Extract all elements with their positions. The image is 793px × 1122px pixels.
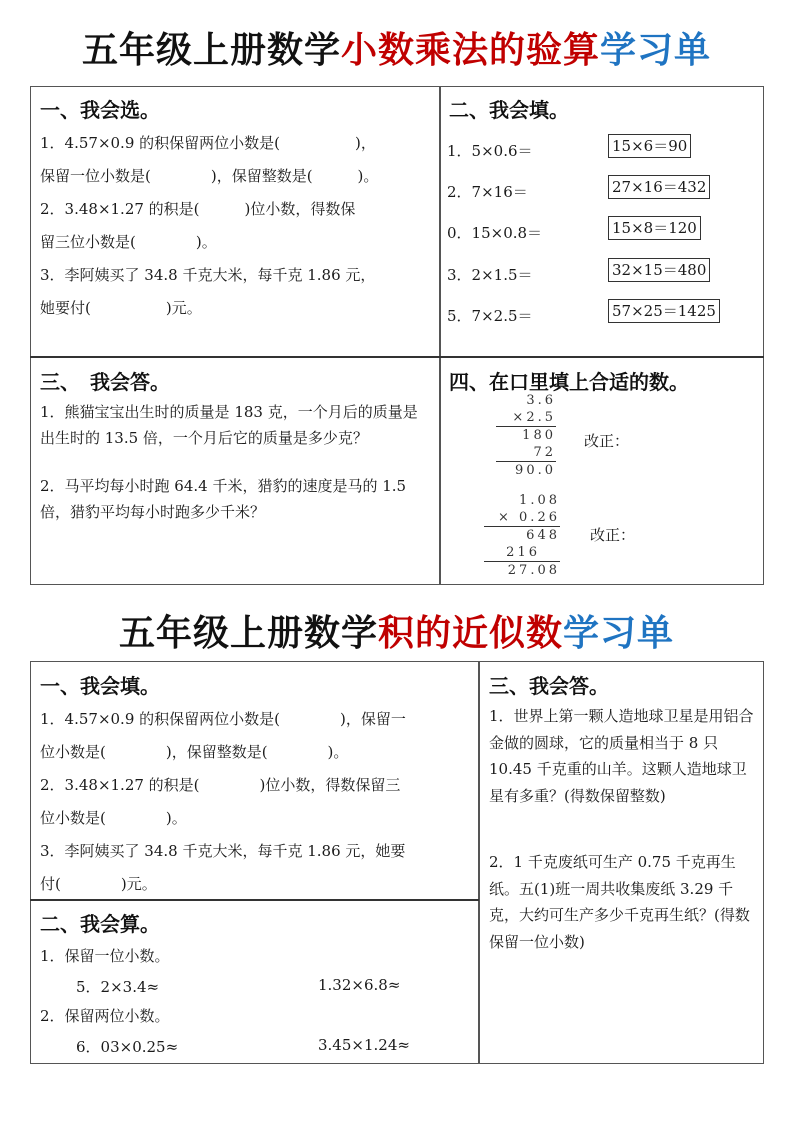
reference-equation: 15×6＝90 bbox=[608, 134, 691, 158]
question-line: 2．3.48×1.27 的积是( )位小数，得数保 bbox=[40, 193, 430, 226]
section-heading: 二、我会算。 bbox=[40, 908, 469, 937]
question-line: 位小数是( )，保留整数是( )。 bbox=[40, 736, 469, 769]
question-line: 3．李阿姨买了 34.8 千克大米，每千克 1.86 元，她要 bbox=[40, 835, 469, 868]
approx-problem: 5．2×3.4≈ bbox=[76, 976, 159, 997]
vertical-calculation: 3.6 ×2.5 180 72 90.0 bbox=[496, 392, 556, 479]
vertical-calculation: 1.08 × 0.26 648 216 27.08 bbox=[484, 492, 560, 579]
approx-problem: 6．03×0.25≈ bbox=[76, 1036, 178, 1057]
word-problem: 1．世界上第一颗人造地球卫星是用铝合金做的圆球，它的质量相当于 8 只 10.4… bbox=[489, 703, 754, 809]
sub-instruction: 2．保留两位小数。 bbox=[40, 1001, 469, 1031]
section-heading: 三、我会答。 bbox=[489, 670, 754, 699]
question-line: 2．3.48×1.27 的积是( )位小数，得数保留三 bbox=[40, 769, 469, 802]
title-black-part: 五年级上册数学 bbox=[82, 30, 341, 71]
divider bbox=[30, 899, 479, 901]
fill-question: 2．7×16＝ bbox=[447, 181, 528, 202]
calc-row: 1.08 bbox=[484, 492, 560, 509]
calc-row: × 0.26 bbox=[484, 509, 560, 527]
title-red-part: 小数乘法的验算 bbox=[341, 30, 600, 71]
sheet2-section-answer: 三、我会答。 1．世界上第一颗人造地球卫星是用铝合金做的圆球，它的质量相当于 8… bbox=[481, 664, 762, 1062]
sheet2-section-fill: 一、我会填。 1．4.57×0.9 的积保留两位小数是( )，保留一 位小数是(… bbox=[32, 664, 477, 898]
title-black-part: 五年级上册数学 bbox=[119, 613, 378, 654]
calc-row: 648 bbox=[484, 527, 560, 544]
question-line: 1．4.57×0.9 的积保留两位小数是( )， bbox=[40, 127, 430, 160]
reference-equation: 57×25＝1425 bbox=[608, 299, 720, 323]
section-heading: 四、在口里填上合适的数。 bbox=[449, 366, 754, 395]
calc-row: 72 bbox=[496, 444, 556, 462]
section-heading: 三、 我会答。 bbox=[40, 366, 430, 395]
question-line: 3．李阿姨买了 34.8 千克大米，每千克 1.86 元， bbox=[40, 259, 430, 292]
word-problem: 2．1 千克废纸可生产 0.75 千克再生纸。五(1)班一周共收集废纸 3.29… bbox=[489, 849, 754, 955]
question-line: 位小数是( )。 bbox=[40, 802, 469, 835]
sub-instruction: 1．保留一位小数。 bbox=[40, 941, 469, 971]
calc-row: 90.0 bbox=[496, 462, 556, 479]
calc-row: 5．2×3.4≈ 1.32×6.8≈ bbox=[40, 971, 469, 1001]
divider bbox=[478, 661, 480, 1064]
fill-question: 5．7×2.5＝ bbox=[447, 305, 533, 326]
sheet2-section-calculate: 二、我会算。 1．保留一位小数。 5．2×3.4≈ 1.32×6.8≈ 2．保留… bbox=[32, 902, 477, 1062]
approx-problem: 3.45×1.24≈ bbox=[318, 1036, 410, 1054]
correction-label: 改正： bbox=[584, 430, 629, 451]
sheet2-title: 五年级上册数学积的近似数学习单 bbox=[0, 605, 793, 656]
calc-row: 180 bbox=[496, 427, 556, 444]
divider bbox=[30, 356, 764, 358]
calc-row: 6．03×0.25≈ 3.45×1.24≈ bbox=[40, 1031, 469, 1061]
question-line: 留三位小数是( )。 bbox=[40, 226, 430, 259]
question-line: 付( )元。 bbox=[40, 868, 469, 898]
reference-equation: 32×15＝480 bbox=[608, 258, 710, 282]
calc-row: 216 bbox=[484, 544, 560, 562]
approx-problem: 1.32×6.8≈ bbox=[318, 976, 400, 994]
section-heading: 二、我会填。 bbox=[449, 94, 754, 123]
title-blue-part: 学习单 bbox=[600, 30, 711, 71]
section-heading: 一、我会选。 bbox=[40, 94, 430, 123]
calc-row: 27.08 bbox=[484, 562, 560, 579]
word-problem: 1．熊猫宝宝出生时的质量是 183 克，一个月后的质量是出生时的 13.5 倍，… bbox=[40, 399, 430, 451]
reference-equation: 15×8＝120 bbox=[608, 216, 701, 240]
question-line: 她要付( )元。 bbox=[40, 292, 430, 325]
calc-row: 3.6 bbox=[496, 392, 556, 409]
question-line: 保留一位小数是( )，保留整数是( )。 bbox=[40, 160, 430, 193]
correction-label: 改正： bbox=[590, 524, 635, 545]
title-blue-part: 学习单 bbox=[563, 613, 674, 654]
calc-row: ×2.5 bbox=[496, 409, 556, 427]
word-problem: 2．马平均每小时跑 64.4 千米，猎豹的速度是马的 1.5 倍，猎豹平均每小时… bbox=[40, 473, 430, 525]
reference-equation: 27×16＝432 bbox=[608, 175, 710, 199]
question-line: 1．4.57×0.9 的积保留两位小数是( )，保留一 bbox=[40, 703, 469, 736]
section-heading: 一、我会填。 bbox=[40, 670, 469, 699]
title-red-part: 积的近似数 bbox=[378, 613, 563, 654]
fill-question: 0．15×0.8＝ bbox=[447, 222, 542, 243]
sheet1-section-choose: 一、我会选。 1．4.57×0.9 的积保留两位小数是( )， 保留一位小数是(… bbox=[32, 88, 438, 354]
sheet1-section-answer: 三、 我会答。 1．熊猫宝宝出生时的质量是 183 克，一个月后的质量是出生时的… bbox=[32, 360, 438, 583]
fill-question: 3．2×1.5＝ bbox=[447, 264, 533, 285]
sheet1-title: 五年级上册数学小数乘法的验算学习单 bbox=[0, 22, 793, 73]
fill-question: 1．5×0.6＝ bbox=[447, 140, 533, 161]
